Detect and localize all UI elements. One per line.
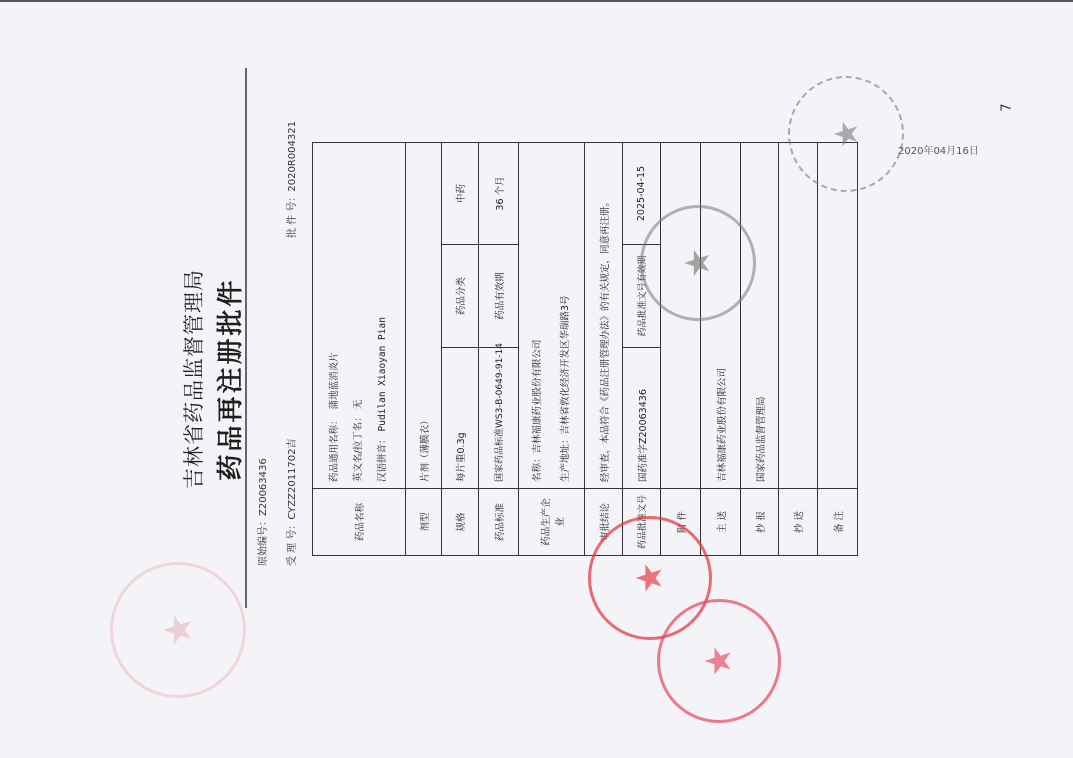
title-divider xyxy=(245,68,247,608)
approval-validity-value: 2025-04-15 xyxy=(623,143,661,245)
table-row: 药品生产企业 名称：吉林福康药业股份有限公司 生产地址：吉林省敦化经济开发区华瑞… xyxy=(519,143,585,556)
table-row: 抄 送 xyxy=(779,143,818,556)
star-icon: ★ xyxy=(699,645,740,677)
distributor-seal-red: ★ xyxy=(657,599,781,723)
dosage-form-label: 剂型 xyxy=(406,489,442,556)
report-to-label: 抄 报 xyxy=(741,489,779,556)
original-number: 原始编号：Z20063436 xyxy=(254,458,269,566)
remarks-value xyxy=(818,143,858,489)
seal-date: 2020年04月16日 xyxy=(898,142,979,157)
table-row: 审批结论 经审查，本品符合《药品注册管理办法》的有关规定，同意再注册。 xyxy=(585,143,623,556)
copy-to-label: 抄 送 xyxy=(779,489,818,556)
category-label: 药品分类 xyxy=(442,245,479,348)
standard-label: 药品标准 xyxy=(479,489,519,556)
approval-validity-label: 药品批准文号有效期 xyxy=(623,245,661,348)
remarks-label: 备 注 xyxy=(818,489,858,556)
category-value: 中药 xyxy=(442,143,479,245)
drug-name-label: 药品名称 xyxy=(313,489,406,556)
manufacturer-cell: 名称：吉林福康药业股份有限公司 生产地址：吉林省敦化经济开发区华瑞路3号 xyxy=(519,143,585,489)
table-row: 抄 报 国家药品监督管理局 xyxy=(741,143,779,556)
manufacturer-address: 吉林省敦化经济开发区华瑞路3号 xyxy=(560,295,571,434)
table-row: 剂型 片剂（薄膜衣） xyxy=(406,143,442,556)
pinyin-name: Pudilan Xiaoyan Pian xyxy=(377,317,388,431)
conclusion-label: 审批结论 xyxy=(585,489,623,556)
conclusion-value: 经审查，本品符合《药品注册管理办法》的有关规定，同意再注册。 xyxy=(585,143,623,489)
generic-name: 蒲地蓝消炎片 xyxy=(329,352,340,409)
approval-doc-label: 药品批准文号 xyxy=(623,489,661,556)
specification-value: 每片重0.3g xyxy=(442,348,479,489)
table-row: 药品标准 国家药品标准WS3-B-0649-91-14 药品有效期 36 个月 xyxy=(479,143,519,556)
table-row: 药品批准文号 国药准字Z20063436 药品批准文号有效期 2025-04-1… xyxy=(623,143,661,556)
specification-label: 规格 xyxy=(442,489,479,556)
copy-to-value xyxy=(779,143,818,489)
table-row: 备 注 xyxy=(818,143,858,556)
document-title: 药品再注册批件 xyxy=(210,0,247,758)
table-row: 附 件 xyxy=(661,143,701,556)
main-recipient-label: 主 送 xyxy=(701,489,741,556)
english-name: 无 xyxy=(353,400,364,410)
attachment-value xyxy=(661,143,701,489)
dosage-form-value: 片剂（薄膜衣） xyxy=(406,143,442,489)
main-recipient-value: 吉林福康药业股份有限公司 xyxy=(701,143,741,489)
registration-document: ★ 吉林省药品监督管理局 药品再注册批件 原始编号：Z20063436 受 理 … xyxy=(0,0,1073,758)
standard-value: 国家药品标准WS3-B-0649-91-14 xyxy=(479,348,519,489)
approval-number: 批 件 号：2020R004321 xyxy=(283,121,298,238)
table-row: 规格 每片重0.3g 药品分类 中药 xyxy=(442,143,479,556)
issuer-heading: 吉林省药品监督管理局 xyxy=(178,0,208,758)
validity-value: 36 个月 xyxy=(479,143,519,245)
drug-name-cell: 药品通用名称： 蒲地蓝消炎片 英文名/拉丁名： 无 汉语拼音： Pudilan … xyxy=(313,143,406,489)
report-to-value: 国家药品监督管理局 xyxy=(741,143,779,489)
table-row: 主 送 吉林福康药业股份有限公司 xyxy=(701,143,741,556)
validity-label: 药品有效期 xyxy=(479,245,519,348)
manufacturer-name: 吉林福康药业股份有限公司 xyxy=(532,339,543,453)
acceptance-number: 受 理 号：CYZZ2011702吉 xyxy=(283,438,298,566)
attachment-label: 附 件 xyxy=(661,489,701,556)
registration-table: 药品名称 药品通用名称： 蒲地蓝消炎片 英文名/拉丁名： 无 汉语拼音： Pud… xyxy=(312,142,858,556)
table-row: 药品名称 药品通用名称： 蒲地蓝消炎片 英文名/拉丁名： 无 汉语拼音： Pud… xyxy=(313,143,406,556)
approval-doc-value: 国药准字Z20063436 xyxy=(623,348,661,489)
manufacturer-label: 药品生产企业 xyxy=(519,489,585,556)
star-icon: ★ xyxy=(630,562,671,594)
